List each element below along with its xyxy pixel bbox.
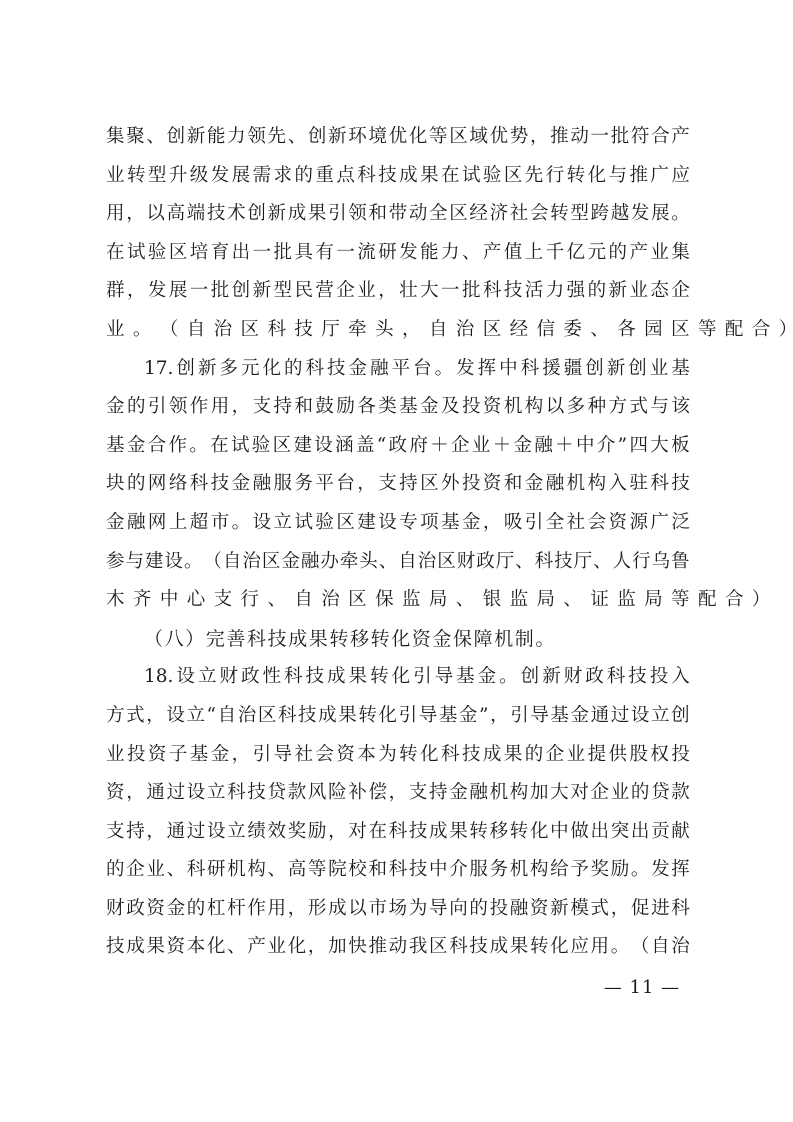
text-line: 业。（自治区科技厅牵头，自治区经信委、各园区等配合） (106, 311, 690, 350)
text-line: 群，发展一批创新型民营企业，壮大一批科技活力强的新业态企 (106, 272, 690, 311)
text-line: 支持，通过设立绩效奖励，对在科技成果转移转化中做出突出贡献 (106, 813, 690, 852)
text-line: 财政资金的杠杆作用，形成以市场为导向的投融资新模式，促进科 (106, 890, 690, 929)
item-18-title-line: 18.设立财政性科技成果转化引导基金。创新财政科技投入 (106, 658, 690, 697)
text-line: 资，通过设立科技贷款风险补偿，支持金融机构加大对企业的贷款 (106, 774, 690, 813)
text-line: 基金合作。在试验区建设涵盖“政府＋企业＋金融＋中介”四大板 (106, 427, 690, 466)
text-line: 金的引领作用，支持和鼓励各类基金及投资机构以多种方式与该 (106, 388, 690, 427)
document-page: 集聚、创新能力领先、创新环境优化等区域优势，推动一批符合产 业转型升级发展需求的… (0, 0, 793, 1122)
item-17-title-line: 17.创新多元化的科技金融平台。发挥中科援疆创新创业基 (106, 350, 690, 389)
text-line: 参与建设。（自治区金融办牵头、自治区财政厅、科技厅、人行乌鲁 (106, 543, 690, 582)
text-line: 业转型升级发展需求的重点科技成果在试验区先行转化与推广应 (106, 157, 690, 196)
text-line: 技成果资本化、产业化，加快推动我区科技成果转化应用。（自治 (106, 928, 690, 967)
text-line: 块的网络科技金融服务平台，支持区外投资和金融机构入驻科技 (106, 465, 690, 504)
text-line: 用，以高端技术创新成果引领和带动全区经济社会转型跨越发展。 (106, 195, 690, 234)
body-text: 集聚、创新能力领先、创新环境优化等区域优势，推动一批符合产 业转型升级发展需求的… (106, 118, 690, 967)
text-line: 业投资子基金，引导社会资本为转化科技成果的企业提供股权投 (106, 736, 690, 775)
text-line: 的企业、科研机构、高等院校和科技中介服务机构给予奖励。发挥 (106, 851, 690, 890)
page-number: — 11 — (597, 975, 687, 1001)
text-line: 在试验区培育出一批具有一流研发能力、产值上千亿元的产业集 (106, 234, 690, 273)
text-line: 金融网上超市。设立试验区建设专项基金，吸引全社会资源广泛 (106, 504, 690, 543)
text-line: 木齐中心支行、自治区保监局、银监局、证监局等配合） (106, 581, 690, 620)
text-line: 方式，设立“自治区科技成果转化引导基金”，引导基金通过设立创 (106, 697, 690, 736)
section-heading: （八）完善科技成果转移转化资金保障机制。 (106, 620, 690, 659)
text-line: 集聚、创新能力领先、创新环境优化等区域优势，推动一批符合产 (106, 118, 690, 157)
